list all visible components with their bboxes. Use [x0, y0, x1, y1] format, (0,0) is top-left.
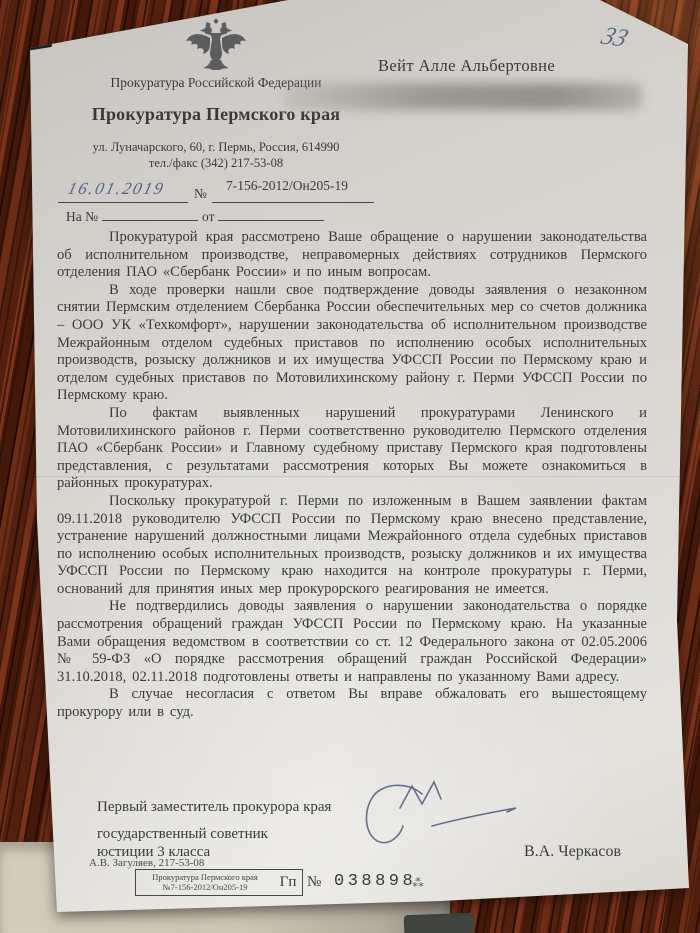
reference-ot-underline: [218, 208, 324, 221]
form-asterisk-mark: ⁂: [412, 876, 423, 891]
letter-paper: Прокуратура Российской Федерации Прокура…: [0, 0, 700, 933]
letter-body: Прокуратурой края рассмотрено Ваше обращ…: [57, 229, 647, 722]
double-headed-eagle-icon: [184, 16, 248, 74]
form-number-sign: №: [307, 874, 321, 891]
executor-contact: А.В. Загуляев, 217-53-08: [89, 857, 204, 869]
addressee-name: Вейт Алле Альбертовне: [378, 56, 555, 76]
reference-ot-label: от: [202, 209, 214, 224]
document-photo: Прокуратура Российской Федерации Прокура…: [0, 0, 700, 933]
signer-rank: государственный советник юстиции 3 класс…: [97, 826, 268, 861]
body-paragraph: Прокуратурой края рассмотрено Ваше обращ…: [57, 229, 647, 282]
outgoing-number: 7-156-2012/Он205-19: [226, 178, 348, 194]
number-sign-label: №: [194, 186, 207, 202]
form-series: Гп: [274, 874, 302, 891]
handwritten-date: 16.01.2019: [66, 179, 167, 199]
org-phone: тел./факс (342) 217-53-08: [62, 156, 370, 172]
date-number-row: 16.01.2019 № 7-156-2012/Он205-19: [58, 178, 358, 208]
censored-address-blur: [284, 83, 642, 110]
letter-paper-wrap: Прокуратура Российской Федерации Прокура…: [0, 0, 700, 933]
edge-pen-mark: [25, 42, 52, 51]
signer-name: В.А. Черкасов: [524, 843, 621, 861]
reference-row: На №от: [66, 208, 328, 225]
body-paragraph: В ходе проверки нашли свое подтверждение…: [57, 282, 647, 405]
reference-na-label: На №: [66, 209, 98, 224]
body-paragraph: Поскольку прокуратурой г. Перми по излож…: [57, 493, 647, 599]
org-address: ул. Луначарского, 60, г. Пермь, Россия, …: [62, 140, 370, 156]
handwritten-page-number: 33: [597, 23, 632, 54]
signer-rank-line1: государственный советник: [97, 826, 268, 844]
body-paragraph: Не подтвердились доводы заявления о нару…: [57, 598, 647, 686]
registration-stamp-box: Прокуратура Пермского края №7-156-2012/О…: [135, 869, 303, 896]
form-number: 038898: [334, 872, 416, 891]
date-underline: [58, 202, 188, 203]
signer-position: Первый заместитель прокурора края: [97, 799, 331, 816]
number-underline: [212, 202, 374, 203]
body-paragraph: По фактам выявленных нарушений прокурату…: [57, 405, 647, 493]
body-paragraph: В случае несогласия с ответом Вы вправе …: [57, 686, 647, 721]
stamp-number-line: №7-156-2012/Он205-19: [136, 883, 274, 893]
handwritten-signature: [336, 778, 531, 858]
reference-na-underline: [102, 208, 198, 221]
